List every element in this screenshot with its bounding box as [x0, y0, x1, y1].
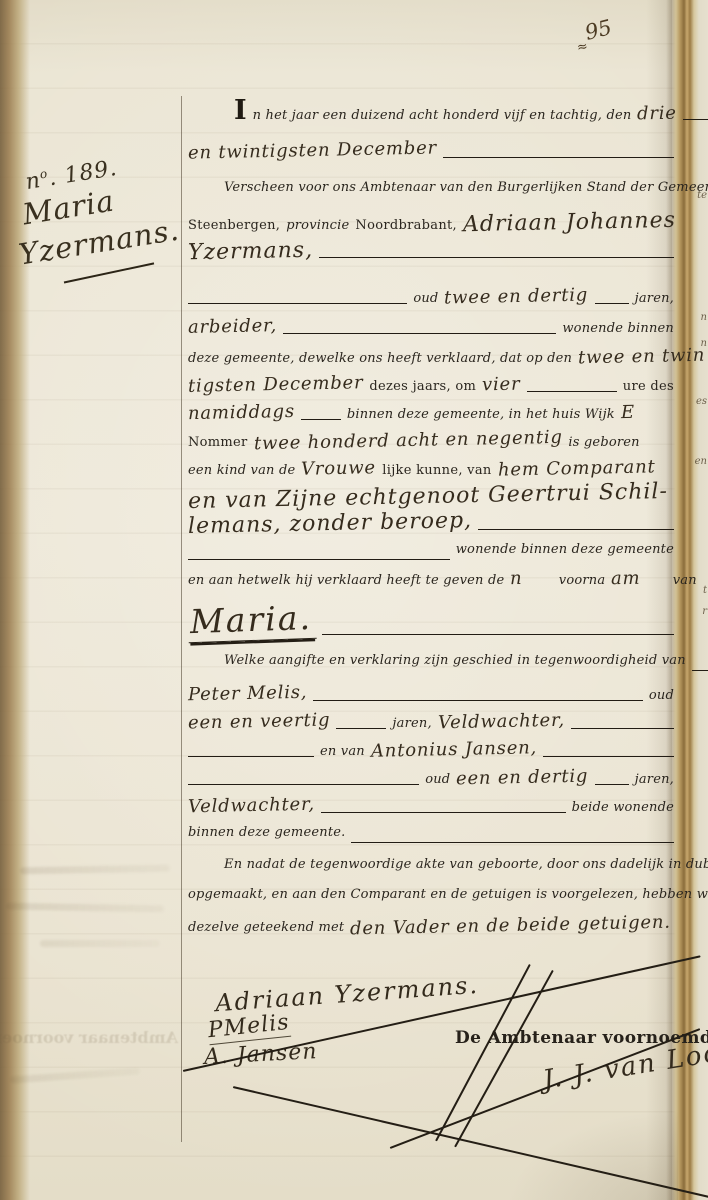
handwritten-text: twee en twin: [578, 345, 706, 369]
rule-line: [301, 419, 341, 420]
rule-line: [283, 333, 556, 334]
act-line: dezelve geteekend metden Vader en de bei…: [188, 915, 674, 939]
printed-text: binnen deze gemeente, in het huis Wijk: [347, 407, 615, 422]
printed-text: voorna: [559, 573, 606, 588]
rule-line: [527, 391, 617, 392]
act-line: oudeen en dertigjaren,: [188, 767, 674, 791]
bleedthrough-text: Ambtenaar voornoemd: [6, 1028, 178, 1047]
handwritten-text: Veldwachter,: [188, 794, 315, 818]
rule-line: [319, 257, 674, 258]
act-line: Veldwachter,beide wonende: [188, 795, 674, 819]
printed-text: jaren,: [392, 716, 431, 731]
printed-text: jaren,: [635, 291, 674, 306]
printed-text: Nommer: [188, 435, 248, 450]
printed-text: wonende binnen deze gemeente: [456, 542, 674, 557]
act-body: In het jaar een duizend acht honderd vij…: [188, 98, 674, 939]
act-line: en vanAntonius Jansen,: [188, 739, 674, 763]
adjacent-page-fragment: n: [701, 338, 707, 349]
act-line: In het jaar een duizend acht honderd vij…: [188, 102, 674, 126]
handwritten-text: twee en dertig: [444, 284, 589, 308]
act-line: Verscheen voor ons Ambtenaar van den Bur…: [188, 180, 674, 204]
printed-text: Verscheen voor ons Ambtenaar van den Bur…: [224, 180, 708, 195]
printed-text: Noordbrabant,: [355, 218, 457, 233]
signature-father: Adriaan Yzermans.: [214, 971, 479, 1017]
printed-text: jaren,: [635, 772, 674, 787]
act-line: arbeider,wonende binnen: [188, 316, 674, 340]
initial-capital: I: [234, 102, 247, 120]
handwritten-text: Yzermans,: [188, 238, 314, 266]
rule-line: [595, 784, 629, 785]
rule-line: [351, 842, 674, 843]
act-line: Peter Melis,oud: [188, 683, 674, 707]
printed-text: en aan hetwelk hij verklaard heeft te ge…: [188, 573, 504, 588]
act-line: wonende binnen deze gemeente: [188, 542, 674, 566]
rule-line: [322, 634, 674, 635]
handwritten-name: Maria.: [187, 598, 316, 643]
handwritten-text: Veldwachter,: [438, 710, 565, 734]
rule-line: [443, 157, 674, 158]
handwritten-text: n: [510, 568, 523, 589]
printed-text: deze gemeente, dewelke ons heeft verklaa…: [188, 351, 572, 366]
scanned-birth-record-page: 95 ≈ no. 189. Maria Yzermans. In het jaa…: [0, 0, 708, 1200]
page-number: 95: [582, 15, 614, 45]
printed-text: lijke kunne, van: [382, 463, 491, 478]
rule-line: [478, 529, 674, 530]
adjacent-page-fragment: es: [696, 396, 707, 407]
handwritten-text: Antonius Jansen,: [371, 737, 538, 761]
act-line: en aan hetwelk hij verklaard heeft te ge…: [188, 568, 674, 592]
handwritten-text: Adriaan Johannes: [463, 208, 676, 237]
handwritten-text: tigsten December: [188, 372, 364, 397]
closing-stroke: [233, 1086, 708, 1199]
handwritten-text: den Vader en de beide getuigen.: [350, 912, 671, 940]
act-line: Yzermans,: [188, 239, 674, 264]
handwritten-text: arbeider,: [188, 315, 277, 338]
bleedthrough-smudge: [40, 940, 160, 947]
handwritten-text: drie: [637, 103, 677, 125]
act-line: en twintigsten December: [188, 140, 674, 164]
handwritten-text: en twintigsten December: [188, 137, 437, 163]
printed-text: ure des: [623, 379, 674, 394]
handwritten-text: twee honderd acht en negentig: [253, 427, 562, 454]
adjacent-page-fragment: t: [703, 585, 707, 596]
act-line: Nommertwee honderd acht en negentigis ge…: [188, 430, 674, 454]
rule-line: [692, 670, 708, 671]
printed-text: dezes jaars, om: [369, 379, 476, 394]
printed-text: oud: [649, 688, 674, 703]
printed-text: Welke aangifte en verklaring zijn geschi…: [224, 653, 686, 668]
handwritten-text: een en veertig: [188, 710, 331, 734]
act-line: een en veertigjaren,Veldwachter,: [188, 711, 674, 735]
handwritten-text: lemans, zonder beroep,: [188, 508, 473, 539]
act-line: oudtwee en dertigjaren,: [188, 286, 674, 310]
handwritten-text: Vrouwe: [301, 457, 376, 480]
rule-line: [188, 559, 450, 560]
adjacent-page-fragment: r: [702, 606, 707, 617]
adjacent-page-fragment: en: [695, 456, 707, 467]
rule-line: [188, 303, 407, 304]
rule-line: [683, 119, 708, 120]
act-line: lemans, zonder beroep,: [188, 511, 674, 536]
rule-line: [188, 756, 314, 757]
rule-line: [313, 700, 643, 701]
adjacent-page-fragment: te: [697, 190, 707, 201]
printed-text: opgemaakt, en aan den Comparant en de ge…: [188, 887, 708, 902]
printed-text: Steenbergen,: [188, 218, 280, 233]
printed-text: is geboren: [568, 435, 639, 450]
act-line: binnen deze gemeente.: [188, 825, 674, 849]
rule-line: [595, 303, 629, 304]
act-line: Steenbergen,provincieNoordbrabant,Adriaa…: [188, 210, 674, 235]
handwritten-text: vier: [482, 374, 521, 396]
handwritten-text: Peter Melis,: [188, 682, 308, 705]
act-line: tigsten Decemberdezes jaars, omvierure d…: [188, 374, 674, 398]
rule-line: [543, 756, 674, 757]
printed-text: beide wonende: [572, 800, 674, 815]
act-line: deze gemeente, dewelke ons heeft verklaa…: [188, 346, 674, 370]
act-line: En nadat de tegenwoordige akte van geboo…: [188, 857, 674, 881]
printed-text: van: [673, 573, 697, 588]
rule-line: [571, 728, 674, 729]
printed-text: En nadat de tegenwoordige akte van geboo…: [224, 857, 708, 872]
page-number-flourish: ≈: [576, 39, 587, 55]
printed-text: dezelve geteekend met: [188, 920, 344, 935]
bleedthrough-smudge: [20, 865, 170, 875]
printed-text: n het jaar een duizend acht honderd vijf…: [253, 108, 632, 123]
printed-text: oud: [413, 291, 438, 306]
adjacent-page-fragment: n: [701, 312, 707, 323]
printed-text: binnen deze gemeente.: [188, 825, 345, 840]
rule-line: [336, 728, 386, 729]
act-line: Maria.: [188, 600, 674, 641]
act-line: en van Zijne echtgenoot Geertrui Schil-: [188, 484, 674, 509]
printed-text: en van: [320, 744, 365, 759]
handwritten-text: een en dertig: [456, 766, 589, 790]
act-line: namiddagsbinnen deze gemeente, in het hu…: [188, 402, 674, 426]
printed-text: een kind van de: [188, 463, 295, 478]
handwritten-text: am: [611, 568, 641, 590]
act-line: Welke aangifte en verklaring zijn geschi…: [188, 653, 674, 677]
act-line: opgemaakt, en aan den Comparant en de ge…: [188, 887, 674, 911]
handwritten-text: E: [621, 402, 635, 423]
handwritten-text: namiddags: [188, 401, 295, 424]
printed-text: provincie: [286, 218, 349, 233]
printed-text: wonende binnen: [562, 321, 674, 336]
margin-annotation: no. 189. Maria Yzermans.: [16, 146, 192, 285]
rule-line: [321, 812, 566, 813]
handwritten-text: hem Comparant: [497, 456, 655, 480]
printed-text: oud: [425, 772, 450, 787]
act-line: een kind van deVrouwelijke kunne, vanhem…: [188, 458, 674, 482]
rule-line: [188, 784, 419, 785]
